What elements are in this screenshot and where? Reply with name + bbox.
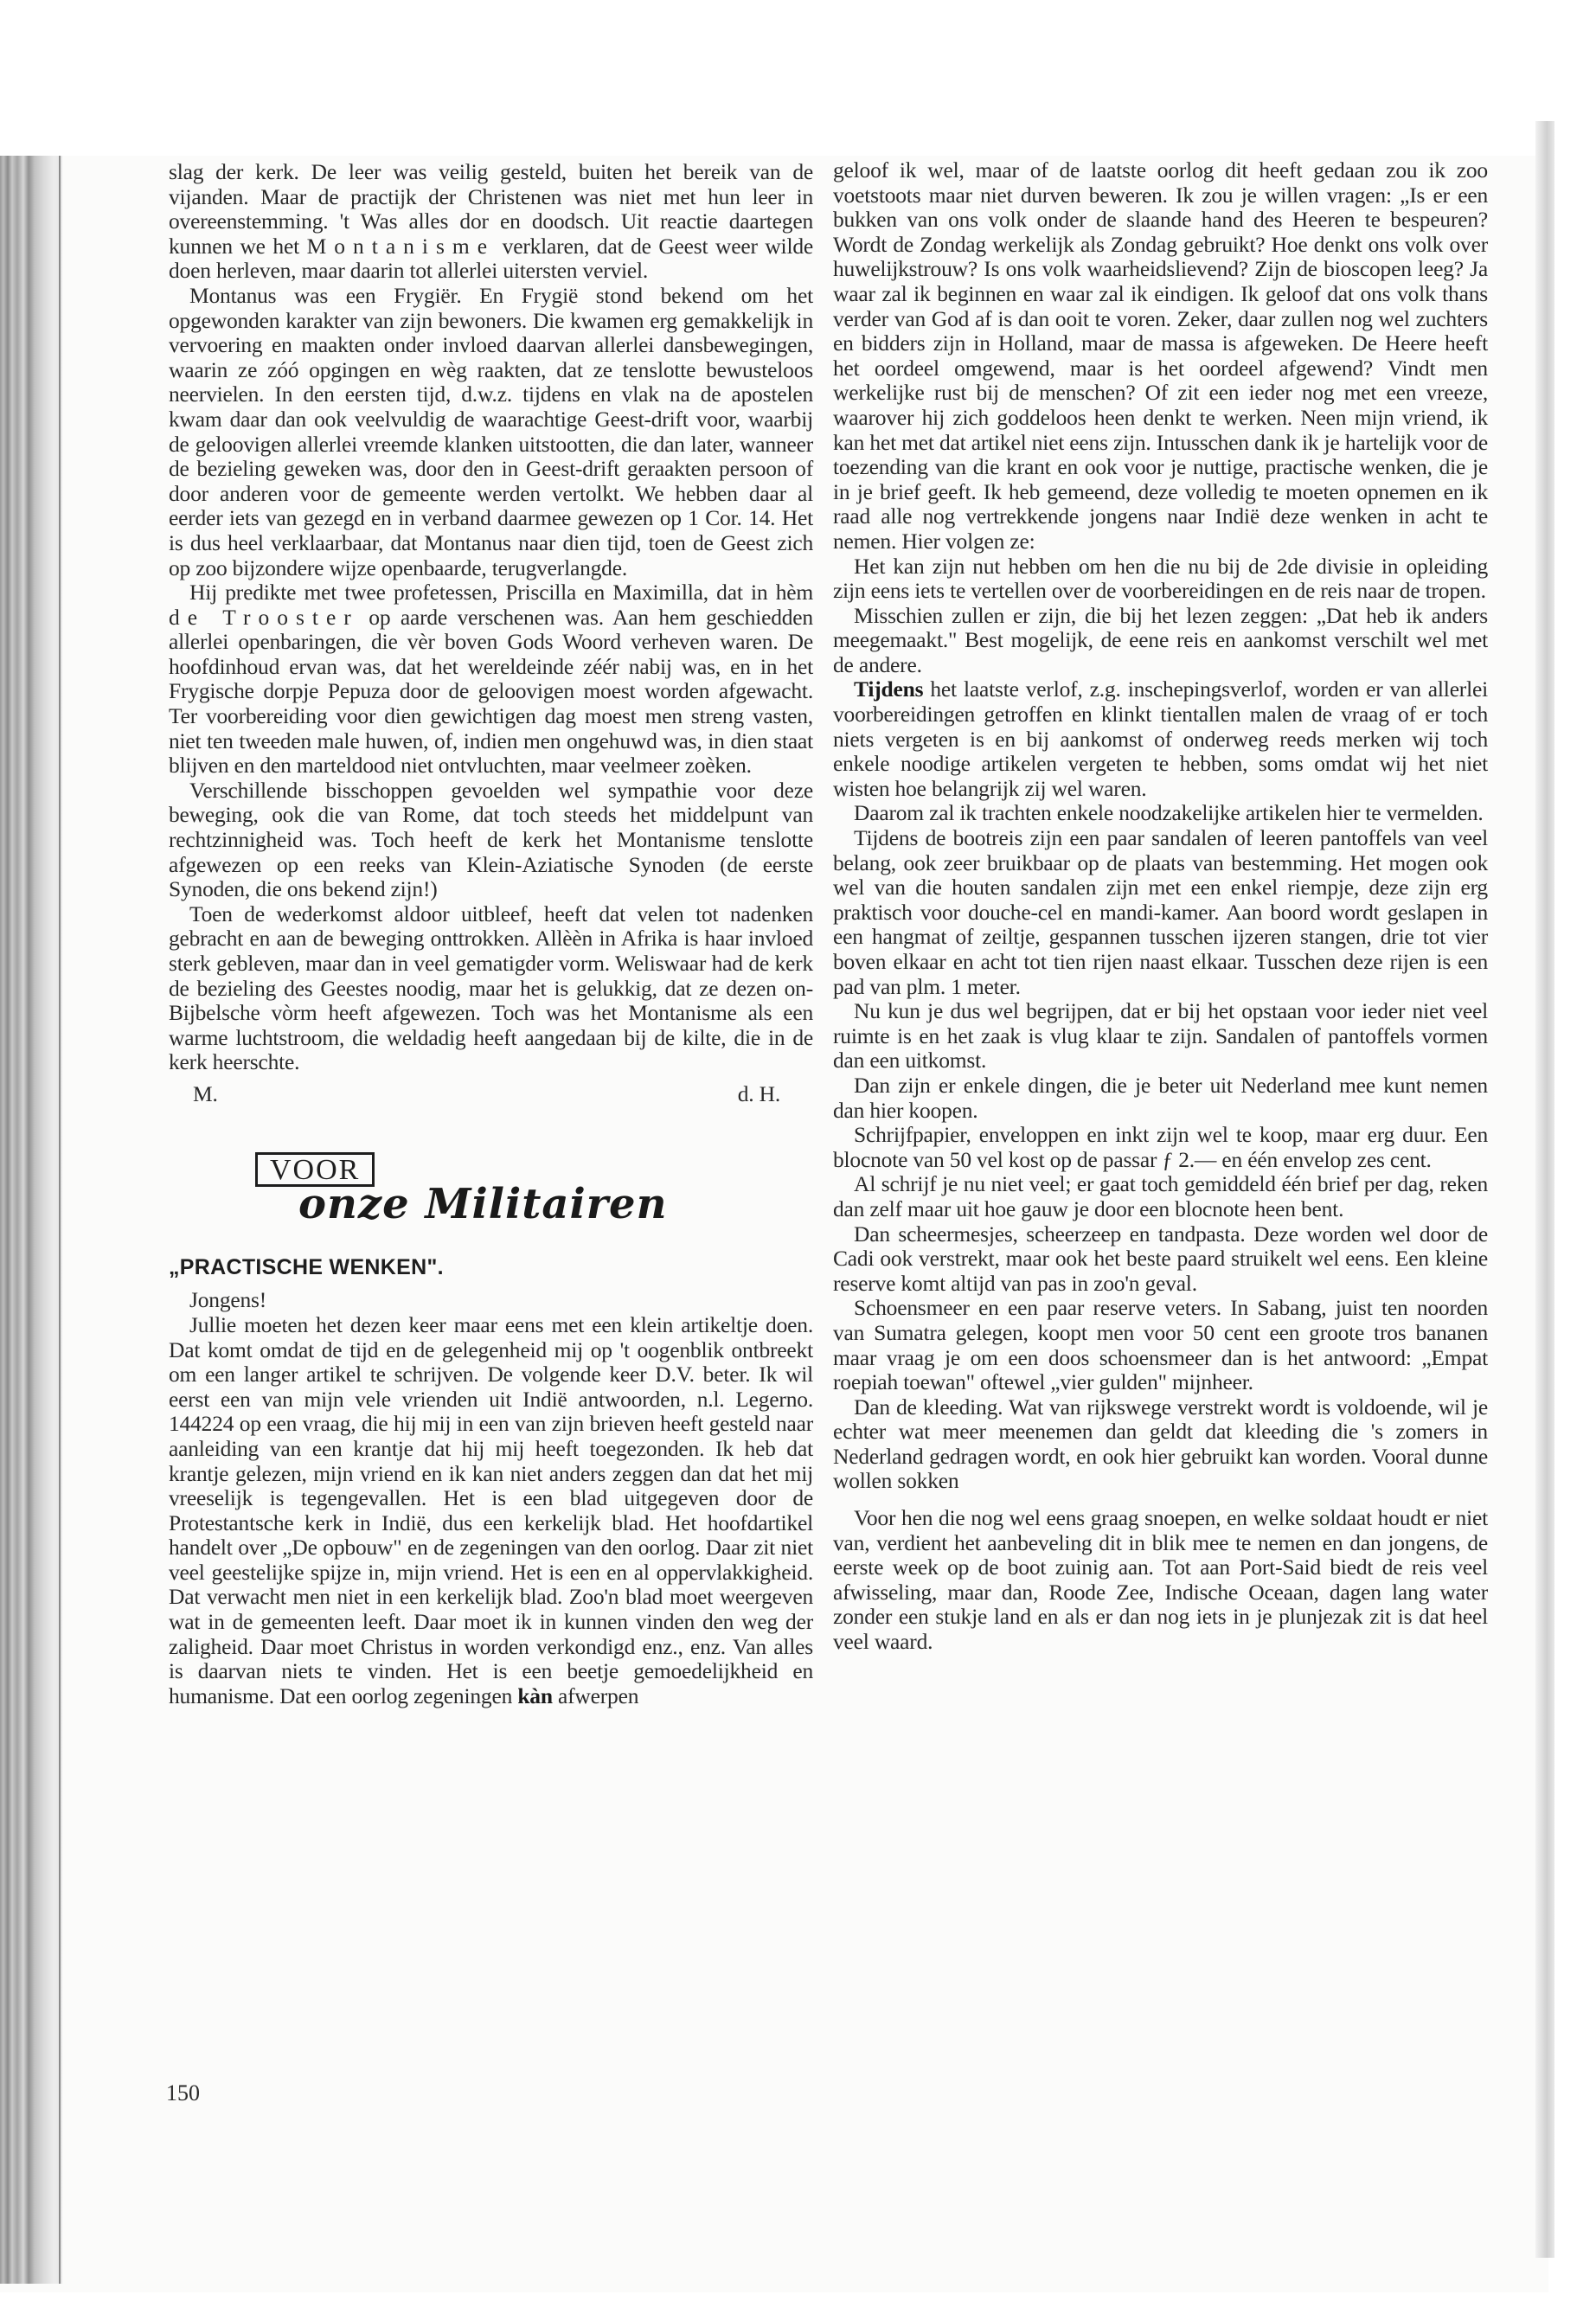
book-binding-edge <box>0 156 62 2284</box>
paragraph: slag der kerk. De leer was veilig gestel… <box>169 160 813 284</box>
left-column: slag der kerk. De leer was veilig gestel… <box>169 160 813 1708</box>
paragraph: Nu kun je dus wel begrijpen, dat er bij … <box>833 999 1488 1074</box>
paragraph: Dan de kleeding. Wat van rijkswege verst… <box>833 1395 1488 1494</box>
paragraph: Schoensmeer en een paar reserve veters. … <box>833 1296 1488 1394</box>
paragraph: Hij predikte met twee profetessen, Prisc… <box>169 580 813 779</box>
paragraph: Al schrijf je nu niet veel; er gaat toch… <box>833 1172 1488 1221</box>
paragraph: Verschillende bisschoppen gevoelden wel … <box>169 779 813 902</box>
binding-line <box>59 156 61 2284</box>
paragraph: Dan scheermesjes, scheerzeep en tandpast… <box>833 1222 1488 1297</box>
paragraph: Montanus was een Frygiër. En Frygië ston… <box>169 284 813 580</box>
page-edge-shadow <box>1535 121 1554 2258</box>
article-signature: M. d. H. <box>169 1082 813 1107</box>
paragraph: Voor hen die nog wel eens graag snoepen,… <box>833 1506 1488 1655</box>
bold-emphasis: kàn <box>517 1683 553 1708</box>
paragraph: Tijdens de bootreis zijn een paar sandal… <box>833 826 1488 999</box>
paragraph: Dan zijn er enkele dingen, die je beter … <box>833 1074 1488 1123</box>
paragraph: geloof ik wel, maar of de laatste oorlog… <box>833 158 1488 554</box>
paragraph: Toen de wederkomst aldoor uitbleef, heef… <box>169 902 813 1075</box>
paragraph: Daarom zal ik trachten enkele noodzakeli… <box>833 801 1488 826</box>
paragraph: Het kan zijn nut hebben om hen die nu bi… <box>833 554 1488 604</box>
paragraph: Misschien zullen er zijn, die bij het le… <box>833 604 1488 678</box>
paragraph: Jullie moeten het dezen keer maar eens m… <box>169 1313 813 1709</box>
spaced-emphasis: de Trooster <box>169 605 359 630</box>
signature-initial-left: M. <box>193 1082 218 1107</box>
page-number: 150 <box>166 2080 200 2106</box>
salutation: Jongens! <box>169 1288 813 1313</box>
signature-initial-right: d. H. <box>738 1082 780 1107</box>
section-title: „PRACTISCHE WENKEN". <box>169 1255 813 1280</box>
spaced-emphasis: Montanisme <box>307 234 496 259</box>
bold-emphasis: Tijdens <box>854 676 923 702</box>
paragraph: Schrijfpapier, enveloppen en inkt zijn w… <box>833 1123 1488 1172</box>
article-montanisme: slag der kerk. De leer was veilig gestel… <box>169 160 813 1107</box>
right-column: geloof ik wel, maar of de laatste oorlog… <box>833 158 1488 1655</box>
paragraph: Tijdens het laatste verlof, z.g. inschep… <box>833 677 1488 801</box>
article-voor-onze-militairen: VOOR onze Militairen „PRACTISCHE WENKEN"… <box>169 1107 813 1709</box>
script-heading: onze Militairen <box>298 1192 813 1217</box>
